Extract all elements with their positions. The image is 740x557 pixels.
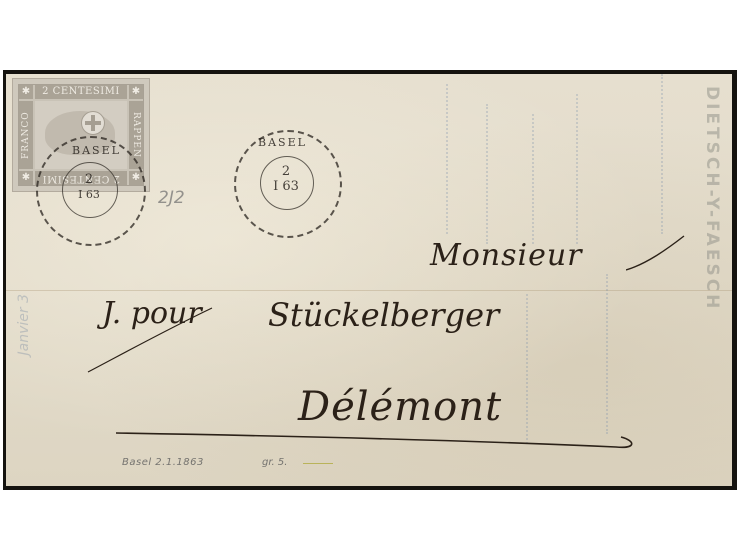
show-through-writing [661,74,673,234]
address-city: Délémont [298,384,502,430]
address-salutation: Monsieur [430,238,583,273]
dealer-annotation: Basel 2.1.1863 [122,457,204,468]
postmark-on-stamp: BASEL 2 I 63 [36,136,146,246]
postmark-town: BASEL [258,136,307,149]
fold-line [6,290,732,291]
postmark-basel: BASEL 2 I 63 [234,130,344,240]
address-name: Stückelberger [268,296,499,334]
prefix-flourish [86,304,216,374]
stamp-label-franco: FRANCO [19,101,33,169]
postmark-town: BASEL [72,144,121,157]
postmark-date: 2 I 63 [74,172,104,202]
sender-handstamp: DIETSCH-Y-FAESCH [702,86,722,446]
stamp-star-icon: ✱ [19,171,33,185]
postmark-year: 63 [282,179,299,194]
stamp-star-icon: ✱ [129,85,143,99]
show-through-writing [532,114,544,244]
postmark-date: 2 I 63 [268,164,304,194]
show-through-writing-left: Janvier 3 [16,294,32,355]
swiss-cross-icon [88,115,98,131]
swiss-cross-shield-icon [81,111,105,135]
show-through-writing [606,274,618,434]
postmark-day: 2 [74,172,104,187]
show-through-writing [526,294,538,444]
salutation-flourish [626,234,686,274]
postmark-month: I [78,188,82,201]
postmark-month-year: I 63 [268,179,304,194]
postmark-day: 2 [268,164,304,179]
show-through-writing [446,84,458,234]
postal-cover: ✱ ✱ ✱ ✱ 2 CENTESIMI 2 CENTESIMI FRANCO R… [6,74,732,486]
address-underline-flourish [116,429,636,453]
postmark-year: 63 [86,188,100,201]
show-through-writing [576,94,588,244]
dealer-grade: gr. 5. [262,457,287,468]
postmark-month: I [273,179,278,194]
show-through-writing [486,104,498,244]
stamp-denomination-top: 2 CENTESIMI [35,85,127,99]
stamp-star-icon: ✱ [19,85,33,99]
postmark-month-year: I 63 [74,187,104,202]
pencil-notation: 2J2 [158,188,185,208]
annotation-dash [303,463,333,464]
